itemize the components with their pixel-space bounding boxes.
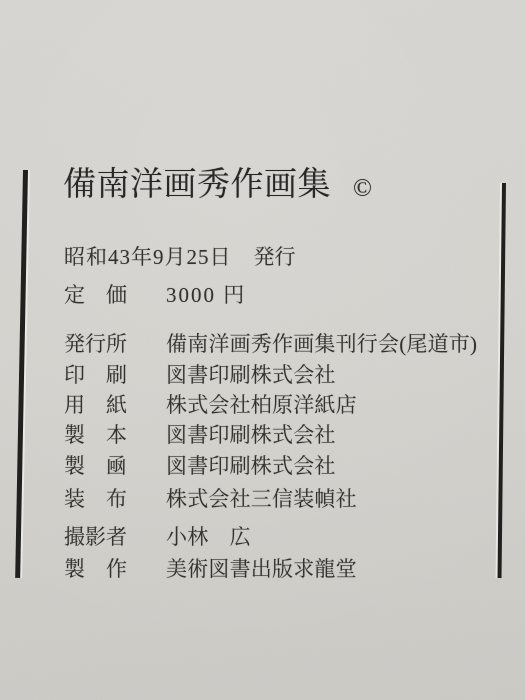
credit-label: 撮影者 [64,526,166,549]
price-label: 定 価 [64,284,166,307]
title-row: 備南洋画秀作画集 © [63,166,372,205]
credit-value: 小林 広 [166,526,251,549]
credit-value: 美術図書出版求龍堂 [166,558,357,581]
book-title: 備南洋画秀作画集 [63,166,331,205]
imprint-row-paper: 用 紙 株式会社柏原洋紙店 [64,394,357,417]
publication-date-row: 昭和43年9月25日 発行 [64,246,296,269]
imprint-value: 図書印刷株式会社 [166,455,336,478]
credit-row-photographer: 撮影者 小林 広 [64,526,251,549]
publication-date-label: 発行 [254,246,296,269]
imprint-label: 印 刷 [64,364,166,387]
imprint-label: 製 本 [64,424,166,447]
credit-row-producer: 製 作 美術図書出版求龍堂 [64,558,357,581]
imprint-row-publisher: 発行所 備南洋画秀作画集刊行会(尾道市) [64,333,477,356]
copyright-icon: © [353,175,372,203]
imprint-value: 備南洋画秀作画集刊行会(尾道市) [166,333,477,356]
imprint-label: 装 布 [64,488,166,511]
imprint-label: 用 紙 [64,394,166,417]
book-colophon-page: 備南洋画秀作画集 © 昭和43年9月25日 発行 定 価 3000 円 発行所 … [0,0,525,700]
imprint-row-binding: 製 本 図書印刷株式会社 [64,424,336,447]
imprint-row-cloth: 装 布 株式会社三信装幀社 [64,488,357,511]
imprint-value: 株式会社柏原洋紙店 [166,394,357,417]
left-vertical-rule [15,170,28,578]
imprint-row-printer: 印 刷 図書印刷株式会社 [64,364,336,387]
price-value: 3000 円 [166,284,246,307]
credit-label: 製 作 [64,558,166,581]
imprint-value: 図書印刷株式会社 [166,424,336,447]
imprint-label: 製 凾 [64,455,166,478]
price-row: 定 価 3000 円 [64,284,246,307]
right-vertical-rule [498,183,506,578]
imprint-row-case: 製 凾 図書印刷株式会社 [64,455,336,478]
imprint-value: 株式会社三信装幀社 [166,488,357,511]
publication-date: 昭和43年9月25日 [64,246,232,269]
imprint-label: 発行所 [64,333,166,356]
imprint-value: 図書印刷株式会社 [166,364,336,387]
